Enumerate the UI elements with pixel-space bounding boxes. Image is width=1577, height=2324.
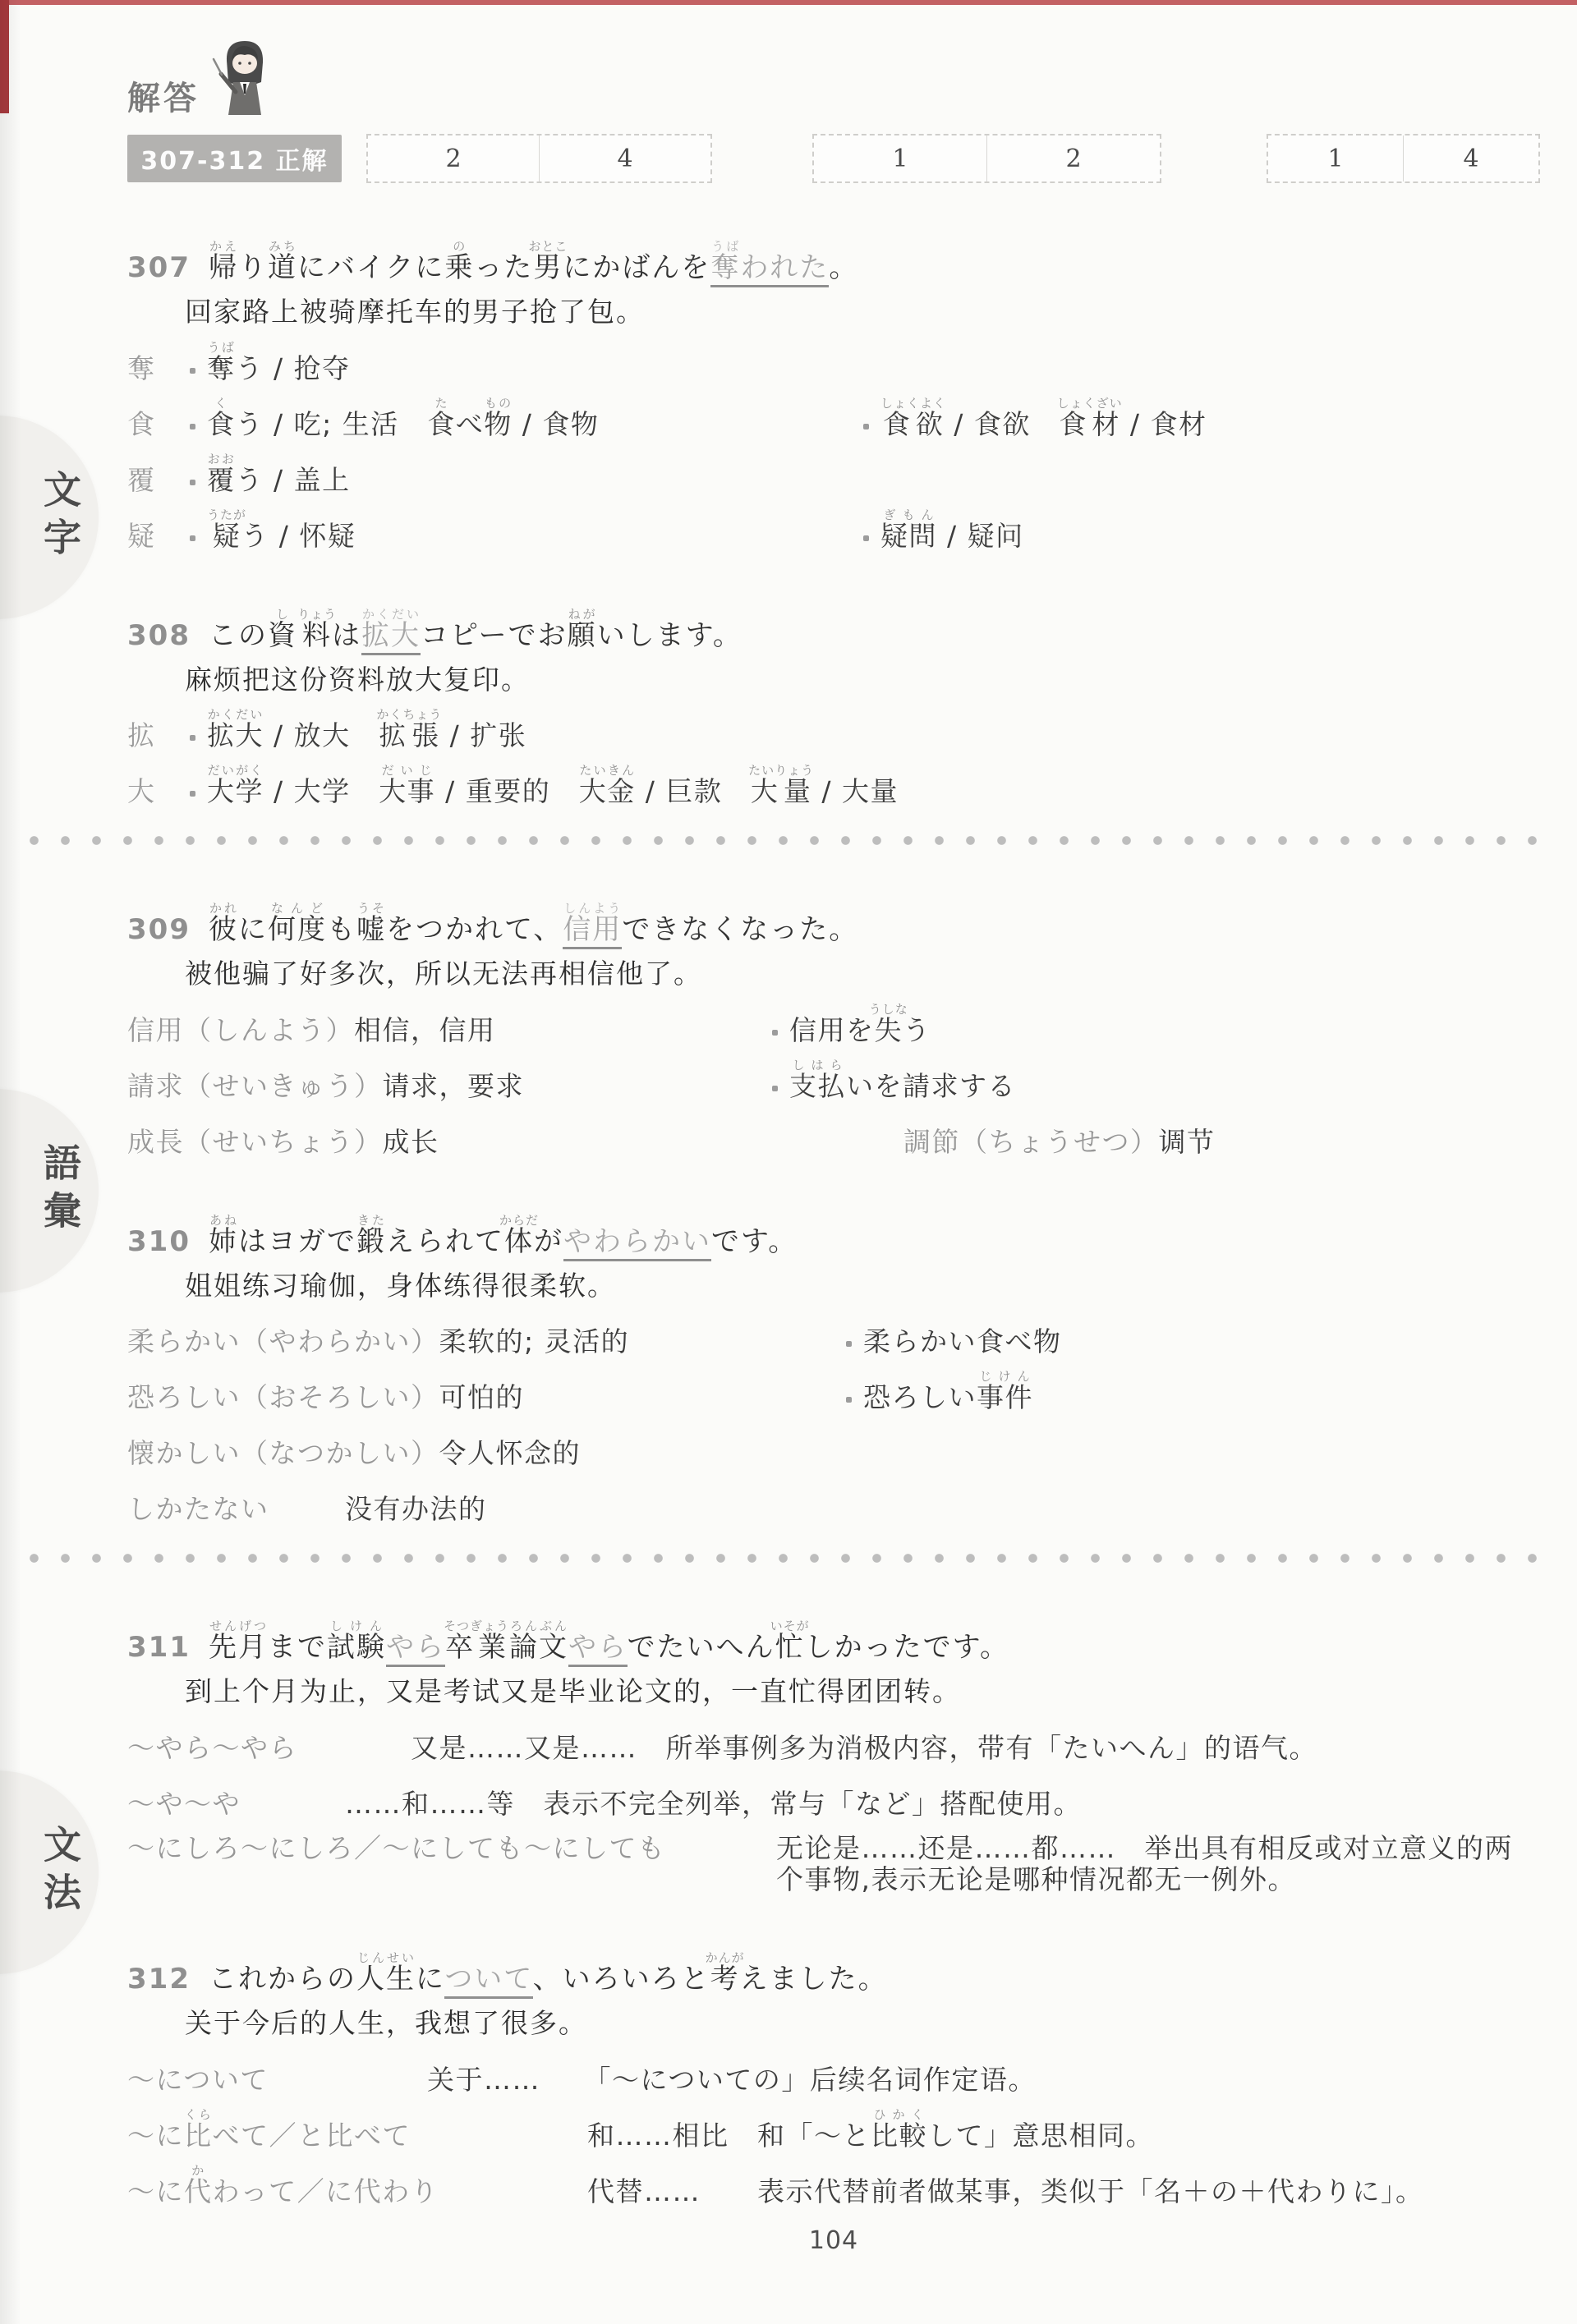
ruby-word: 忙いそが: [775, 1631, 805, 1664]
answer-cell: 2: [986, 135, 1160, 181]
text-run: / 重要的: [435, 775, 579, 807]
text-run: ～やら～やら: [127, 1732, 297, 1764]
ruby-word: 試験しけん: [327, 1631, 386, 1664]
vocab-text: 覆おおう / 盖上: [207, 452, 351, 496]
text-run: わって／に代わり: [213, 2175, 439, 2207]
bullet-dot-icon: [863, 424, 869, 429]
answer-word: われた: [740, 251, 829, 287]
bullet-dot-icon: [190, 535, 195, 541]
question-sentence: 彼かれに何度なんども嘘うそをつかれて、信用しんようできなくなった。: [209, 901, 858, 946]
ruby-word: 乗の: [444, 251, 474, 284]
ruby-word: 物もの: [484, 408, 513, 440]
questions: 307帰かえり道みちにバイクに乗のった男おとこにかばんを奪うばわれた。回家路上被…: [127, 212, 1540, 2207]
text-run: ～や～や: [127, 1788, 241, 1820]
chinese-translation: 回家路上被骑摩托车的男子抢了包。: [185, 296, 1540, 328]
text-run: う / 盖上: [236, 464, 351, 496]
text-run: 又是……又是…… 所举事例多为消极内容，带有「たいへん」的语气。: [411, 1732, 1317, 1764]
text-run: ～に: [127, 2175, 184, 2207]
question-number: 312: [127, 1963, 191, 1996]
vocab-text: 没有办法的: [345, 1494, 487, 1525]
ruby-word: 彼かれ: [209, 913, 238, 946]
vocab-text: 和……相比 和「～と比較ひかくして」意思相同。: [587, 2107, 1154, 2152]
question-sentence-line: 307帰かえり道みちにバイクに乗のった男おとこにかばんを奪うばわれた。: [127, 212, 1540, 284]
vocab-row: ～にしろ～にしろ／～にしても～にしても无论是……还是……都…… 举出具有相反或对…: [127, 1821, 1540, 1895]
vocab-row: 請求（せいきゅう）请求，要求支払しはらいを請求する: [127, 1048, 1540, 1102]
vocab-text: ～やら～やら: [127, 1733, 297, 1764]
vocab-row: 成長（せいちょう）成长調節（ちょうせつ）调节: [127, 1104, 1540, 1158]
vocab-cell: 食欲しょくよく / 食欲 食材しょくざい / 食材: [863, 396, 1207, 440]
dotted-divider: [29, 835, 1548, 846]
vocab-cell: ……和……等 表示不完全列举，常与「など」搭配使用。: [345, 1789, 1082, 1820]
text-run: 令人怀念的: [439, 1437, 582, 1469]
vocab-head-kanji: 拡: [127, 720, 190, 751]
text-run: にバイクに: [297, 251, 444, 284]
vocab-cell: 关于…… 「～についての」后续名词作定语。: [427, 2065, 1037, 2096]
text-run: / 大学: [264, 775, 379, 807]
vocab-row: 覆覆おおう / 盖上: [127, 442, 1540, 496]
bullet-dot-icon: [772, 1086, 778, 1091]
bullet-dot-icon: [190, 480, 195, 485]
vocab-text: しかたない: [127, 1494, 269, 1525]
ruby-word: 何度なんど: [268, 913, 327, 946]
text-run: 可怕的: [439, 1381, 525, 1413]
vocab-text: 懐かしい（なつかしい）令人怀念的: [127, 1438, 581, 1469]
vocab-text: 調節（ちょうせつ）调节: [903, 1127, 1216, 1158]
answer-word: 拡大かくだい: [361, 619, 421, 655]
answer-bar: 307-312 正解 241214: [127, 133, 1540, 184]
ruby-word: 料りょう: [297, 619, 332, 652]
text-run: う / 怀疑: [241, 520, 356, 552]
vocab-cell: 奪うばう / 抢夺: [190, 340, 351, 384]
answer-groups: 241214: [342, 134, 1540, 183]
text-run: 成长: [383, 1126, 439, 1158]
answer-cell: 2: [368, 135, 539, 181]
vocab-text: ～にしろ～にしろ／～にしても～にしても: [127, 1833, 666, 1864]
text-run: コピーでお: [421, 619, 568, 652]
text-run: はヨガで: [238, 1225, 356, 1258]
book-page: 文字語彙文法 解答 307-312 正解 241214: [0, 0, 1577, 2324]
vocab-text: 疑問ぎもん / 疑问: [880, 508, 1024, 552]
text-run: に: [238, 913, 268, 946]
text-run: / 扩张: [440, 719, 527, 751]
text-run: えられて: [386, 1225, 504, 1258]
question-sentence-line: 310姉あねはヨガで鍛きたえられて体からだがやわらかいです。: [127, 1186, 1540, 1258]
vocab-text: 疑うたがう / 怀疑: [207, 508, 356, 552]
vocab-row: 疑疑うたがう / 怀疑疑問ぎもん / 疑问: [127, 498, 1540, 552]
ruby-word: 大金たいきん: [579, 775, 636, 807]
text-run: 請求（せいきゅう）: [127, 1070, 383, 1102]
vocab-cell: 没有办法的: [345, 1494, 487, 1525]
vocab-text: ～や～や: [127, 1789, 241, 1820]
bullet-dot-icon: [846, 1397, 852, 1403]
ruby-word: 大事だいじ: [379, 775, 435, 807]
vocab-cell: 請求（せいきゅう）请求，要求: [127, 1071, 772, 1102]
vocab-text: ～に比くらべて／と比べて: [127, 2107, 411, 2152]
teacher-illustration: [211, 34, 278, 120]
answer-cell: 1: [814, 135, 986, 181]
vocab-row: 大大学だいがく / 大学 大事だいじ / 重要的 大金たいきん / 巨款 大量た…: [127, 753, 1540, 807]
bullet-dot-icon: [846, 1341, 852, 1347]
ruby-word: 姉あね: [209, 1225, 238, 1258]
vocab-cell: 和……相比 和「～と比較ひかくして」意思相同。: [587, 2107, 1154, 2152]
vocab-row: 恐ろしい（おそろしい）可怕的恐ろしい事件じけん: [127, 1359, 1540, 1413]
answer-word: 信用しんよう: [563, 913, 622, 949]
vocab-cell: しかたない: [127, 1494, 345, 1525]
answer-cell: 4: [539, 135, 710, 181]
ruby-word: 論文ろんぶん: [509, 1631, 568, 1664]
bullet-dot-icon: [190, 791, 195, 797]
text-run: べて／と比べて: [213, 2120, 411, 2152]
text-run: ～について: [127, 2064, 269, 2096]
question-number: 308: [127, 620, 191, 652]
vocab-text: 恐ろしい（おそろしい）可怕的: [127, 1382, 524, 1413]
ruby-word: 代か: [184, 2175, 213, 2207]
vocab-head-kanji: 食: [127, 409, 190, 440]
vocab-cell: ～に代かわって／に代わり: [127, 2163, 587, 2207]
bullet-dot-icon: [863, 535, 869, 541]
text-run: 信用（しんよう）: [127, 1014, 354, 1046]
text-run: にかばんを: [563, 251, 710, 284]
chinese-translation: 到上个月为止，又是考试又是毕业论文的，一直忙得团团转。: [185, 1675, 1540, 1708]
text-run: 关于…… 「～についての」后续名词作定语。: [427, 2064, 1037, 2096]
text-run: が: [534, 1225, 563, 1258]
ruby-word: 拡大かくだい: [207, 719, 264, 751]
vocab-row: ～や～や……和……等 表示不完全列举，常与「など」搭配使用。: [127, 1766, 1540, 1820]
vocab-row: 懐かしい（なつかしい）令人怀念的: [127, 1415, 1540, 1469]
vocab-cell: 柔らかい（やわらかい）柔软的; 灵活的: [127, 1326, 846, 1357]
ruby-word: 体からだ: [504, 1225, 534, 1258]
text-run: 柔らかい（やわらかい）: [127, 1325, 439, 1357]
text-run: 代替…… 表示代替前者做某事，类似于「名＋の＋代わりに」。: [587, 2175, 1424, 2207]
answer-group: 12: [812, 134, 1161, 183]
question-sentence: 姉あねはヨガで鍛きたえられて体からだがやわらかいです。: [209, 1213, 798, 1258]
ruby-word: 奪うば: [207, 352, 236, 384]
vocab-row: 食食くう / 吃; 生活 食たべ物もの / 食物食欲しょくよく / 食欲 食材し…: [127, 386, 1540, 440]
ruby-word: 支払しはら: [789, 1070, 846, 1102]
ruby-word: 先月せんげつ: [209, 1631, 268, 1664]
ruby-word: 比くら: [184, 2120, 213, 2152]
ruby-word: 食く: [207, 408, 236, 440]
text-run: えました。: [740, 1963, 888, 1996]
text-run: です。: [711, 1225, 798, 1258]
vocab-text: 請求（せいきゅう）请求，要求: [127, 1071, 524, 1102]
vocab-row: 奪奪うばう / 抢夺: [127, 330, 1540, 384]
vocab-row: 信用（しんよう）相信，信用信用を失うしなう: [127, 992, 1540, 1046]
text-run: しかったです。: [805, 1631, 1009, 1664]
answer-key-label: 307-312 正解: [127, 135, 342, 182]
question-309: 309彼かれに何度なんども嘘うそをつかれて、信用しんようできなくなった。被他骗了…: [127, 874, 1540, 1158]
question-sentence: 帰かえり道みちにバイクに乗のった男おとこにかばんを奪うばわれた。: [209, 239, 858, 284]
text-run: ～にしろ～にしろ／～にしても～にしても: [127, 1832, 666, 1864]
text-run: 请求，要求: [383, 1070, 525, 1102]
question-sentence-line: 311先月せんげつまで試験しけんやら卒業そつぎょう論文ろんぶんやらでたいへん忙い…: [127, 1591, 1540, 1664]
page-number: 104: [127, 2226, 1540, 2255]
question-number: 311: [127, 1632, 191, 1664]
ruby-word: 帰かえ: [209, 251, 238, 284]
text-run: 没有办法的: [345, 1493, 487, 1525]
text-run: / 放大: [264, 719, 379, 751]
vocab-row: しかたない没有办法的: [127, 1471, 1540, 1525]
vocab-text: 代替…… 表示代替前者做某事，类似于「名＋の＋代わりに」。: [587, 2176, 1424, 2207]
answer-cell: 4: [1403, 135, 1538, 181]
vocab-text: 又是……又是…… 所举事例多为消极内容，带有「たいへん」的语气。: [411, 1733, 1317, 1764]
vocab-text: 大学だいがく / 大学 大事だいじ / 重要的 大金たいきん / 巨款 大量たい…: [207, 763, 899, 807]
ruby-word: 男おとこ: [533, 251, 563, 284]
question-312: 312これからの人生じんせいについて、いろいろと考かんがえました。关于今后的人生…: [127, 1923, 1540, 2207]
vocab-text: 成長（せいちょう）成长: [127, 1127, 439, 1158]
text-run: しかたない: [127, 1493, 269, 1525]
text-run: う: [903, 1014, 931, 1046]
text-run: 和……相比 和「～と: [587, 2120, 871, 2152]
vocab-cell: 代替…… 表示代替前者做某事，类似于「名＋の＋代わりに」。: [587, 2176, 1424, 2207]
text-run: / 食欲: [944, 408, 1059, 440]
ruby-word: 鍛きた: [356, 1225, 386, 1258]
text-run: 成長（せいちょう）: [127, 1126, 383, 1158]
vocab-cell: 疑問ぎもん / 疑问: [863, 508, 1024, 552]
ruby-word: 比較ひかく: [871, 2120, 927, 2152]
text-run: いを請求する: [846, 1070, 1016, 1102]
ruby-word: 考かんが: [710, 1963, 740, 1996]
vocab-text: 奪うばう / 抢夺: [207, 340, 351, 384]
text-run: は: [332, 619, 361, 652]
vocab-text: ～について: [127, 2065, 269, 2096]
vocab-text: 柔らかい（やわらかい）柔软的; 灵活的: [127, 1326, 629, 1357]
vocab-cell: 食くう / 吃; 生活 食たべ物もの / 食物: [190, 396, 863, 440]
question-311: 311先月せんげつまで試験しけんやら卒業そつぎょう論文ろんぶんやらでたいへん忙い…: [127, 1591, 1540, 1895]
question-307: 307帰かえり道みちにバイクに乗のった男おとこにかばんを奪うばわれた。回家路上被…: [127, 212, 1540, 552]
ruby-word: 願ねが: [568, 619, 597, 652]
text-run: 恐ろしい: [863, 1381, 977, 1413]
vocab-cell: 信用（しんよう）相信，信用: [127, 1015, 772, 1046]
question-308: 308この資し料りょうは拡大かくだいコピーでお願ねがいします。麻烦把这份资料放大…: [127, 580, 1540, 808]
vocab-text: 关于…… 「～についての」后续名词作定语。: [427, 2065, 1037, 2096]
vocab-cell: 調節（ちょうせつ）调节: [903, 1127, 1216, 1158]
dotted-divider: [29, 1553, 1548, 1564]
vocab-text: 信用（しんよう）相信，信用: [127, 1015, 496, 1046]
vocab-row: ～について关于…… 「～についての」后续名词作定语。: [127, 2041, 1540, 2095]
question-number: 307: [127, 252, 191, 284]
answer-word: やら: [568, 1631, 628, 1667]
text-run: をつかれて、: [386, 913, 563, 946]
vocab-cell: ～にしろ～にしろ／～にしても～にしても: [127, 1833, 776, 1864]
ruby-word: 資し: [268, 619, 297, 652]
text-run: 。: [829, 251, 858, 284]
vocab-cell: 覆おおう / 盖上: [190, 452, 351, 496]
vocab-text: 支払しはらいを請求する: [789, 1058, 1016, 1102]
text-run: に: [416, 1963, 444, 1996]
bullet-dot-icon: [190, 368, 195, 374]
answer-cell: 1: [1268, 135, 1403, 181]
text-run: 柔软的; 灵活的: [439, 1325, 630, 1357]
ruby-word: 覆おお: [207, 464, 236, 496]
text-run: 、いろいろと: [533, 1963, 710, 1996]
ruby-word: 事件じけん: [977, 1381, 1033, 1413]
question-sentence: これからの人生じんせいについて、いろいろと考かんがえました。: [209, 1950, 888, 1996]
vocab-cell: ～に比くらべて／と比べて: [127, 2107, 587, 2152]
ruby-word: 卒業そつぎょう: [445, 1631, 509, 1664]
bullet-dot-icon: [190, 735, 195, 741]
text-run: 調節（ちょうせつ）: [903, 1126, 1159, 1158]
vocab-cell: ～について: [127, 2065, 427, 2096]
text-run: も: [327, 913, 356, 946]
question-sentence-line: 312これからの人生じんせいについて、いろいろと考かんがえました。: [127, 1923, 1540, 1996]
vocab-text: 食欲しょくよく / 食欲 食材しょくざい / 食材: [880, 396, 1207, 440]
chinese-translation: 麻烦把这份资料放大复印。: [185, 664, 1540, 696]
vocab-cell: 成長（せいちょう）成长: [127, 1127, 903, 1158]
text-run: り: [238, 251, 268, 284]
header: 解答: [127, 30, 1540, 115]
vocab-cell: 恐ろしい事件じけん: [846, 1369, 1033, 1413]
vocab-text: 食くう / 吃; 生活 食たべ物もの / 食物: [207, 396, 599, 440]
text-run: う / 吃; 生活: [236, 408, 428, 440]
vocab-text: ……和……等 表示不完全列举，常与「など」搭配使用。: [345, 1789, 1082, 1820]
vocab-row: 柔らかい（やわらかい）柔软的; 灵活的柔らかい食べ物: [127, 1303, 1540, 1357]
text-run: う / 抢夺: [236, 352, 351, 384]
text-run: 柔らかい食べ物: [863, 1325, 1062, 1357]
ruby-word: 疑問ぎもん: [880, 520, 937, 552]
vocab-head-kanji: 覆: [127, 465, 190, 496]
vocab-cell: 支払しはらいを請求する: [772, 1058, 1016, 1102]
vocab-row: ～やら～やら又是……又是…… 所举事例多为消极内容，带有「たいへん」的语气。: [127, 1710, 1540, 1764]
answer-group: 24: [366, 134, 712, 183]
answer-group: 14: [1267, 134, 1540, 183]
vocab-cell: ～や～や: [127, 1789, 345, 1820]
text-run: / 食物: [513, 408, 600, 440]
question-number: 309: [127, 914, 191, 946]
text-run: 恐ろしい（おそろしい）: [127, 1381, 439, 1413]
text-run: ～に: [127, 2120, 184, 2152]
vocab-cell: 无论是……还是……都…… 举出具有相反或对立意义的两个事物,表示无论是哪种情况都…: [776, 1833, 1540, 1895]
chinese-translation: 关于今后的人生，我想了很多。: [185, 2007, 1540, 2040]
chinese-translation: 姐姐练习瑜伽，身体练得很柔软。: [185, 1270, 1540, 1302]
answer-word: ついて: [444, 1963, 532, 1999]
vocab-head-kanji: 大: [127, 776, 190, 807]
ruby-word: 嘘うそ: [356, 913, 386, 946]
text-run: / 巨款: [636, 775, 751, 807]
question-sentence: 先月せんげつまで試験しけんやら卒業そつぎょう論文ろんぶんやらでたいへん忙いそがし…: [209, 1619, 1009, 1664]
text-run: / 食材: [1120, 408, 1207, 440]
text-run: 调节: [1159, 1126, 1216, 1158]
text-run: / 疑问: [937, 520, 1024, 552]
ruby-word: 大量たいりょう: [751, 775, 812, 807]
question-sentence-line: 309彼かれに何度なんども嘘うそをつかれて、信用しんようできなくなった。: [127, 874, 1540, 946]
vocab-cell: ～やら～やら: [127, 1733, 411, 1764]
text-run: いします。: [597, 619, 743, 652]
ruby-word: 拡張かくちょう: [379, 719, 440, 751]
answer-word: やわらかい: [563, 1225, 711, 1261]
vocab-cell: 拡大かくだい / 放大 拡張かくちょう / 扩张: [190, 707, 526, 751]
vocab-text: 柔らかい食べ物: [863, 1326, 1062, 1357]
vocab-cell: 懐かしい（なつかしい）令人怀念的: [127, 1438, 581, 1469]
text-run: これからの: [209, 1963, 356, 1996]
vocab-row: 拡拡大かくだい / 放大 拡張かくちょう / 扩张: [127, 697, 1540, 751]
text-run: できなくなった。: [622, 913, 858, 946]
answer-word: 奪うば: [710, 251, 740, 287]
question-sentence: この資し料りょうは拡大かくだいコピーでお願ねがいします。: [209, 607, 743, 652]
text-run: この: [209, 619, 268, 652]
text-run: ……和……等 表示不完全列举，常与「など」搭配使用。: [345, 1788, 1082, 1820]
vocab-head-kanji: 奪: [127, 353, 190, 384]
ruby-word: 道みち: [268, 251, 297, 284]
vocab-cell: 恐ろしい（おそろしい）可怕的: [127, 1382, 846, 1413]
bullet-dot-icon: [772, 1030, 778, 1036]
ruby-word: 食材しょくざい: [1059, 408, 1120, 440]
vocab-text: 无论是……还是……都…… 举出具有相反或对立意义的两个事物,表示无论是哪种情况都…: [776, 1832, 1513, 1895]
page-title: 解答: [127, 82, 200, 115]
vocab-cell: 大学だいがく / 大学 大事だいじ / 重要的 大金たいきん / 巨款 大量たい…: [190, 763, 899, 807]
question-310: 310姉あねはヨガで鍛きたえられて体からだがやわらかいです。姐姐练习瑜伽，身体练…: [127, 1186, 1540, 1526]
text-run: でたいへん: [628, 1631, 775, 1664]
ruby-word: 食欲しょくよく: [880, 408, 944, 440]
ruby-word: 人生じんせい: [356, 1963, 416, 1996]
vocab-head-kanji: 疑: [127, 521, 190, 552]
ruby-word: 疑うたが: [207, 520, 241, 552]
vocab-cell: 又是……又是…… 所举事例多为消极内容，带有「たいへん」的语气。: [411, 1733, 1317, 1764]
ruby-word: 食た: [427, 408, 456, 440]
text-run: 懐かしい（なつかしい）: [127, 1437, 439, 1469]
vocab-text: 信用を失うしなう: [789, 1002, 931, 1046]
text-run: った: [474, 251, 533, 284]
vocab-text: ～に代かわって／に代わり: [127, 2163, 439, 2207]
text-run: まで: [268, 1631, 327, 1664]
vocab-cell: 柔らかい食べ物: [846, 1326, 1062, 1357]
vocab-text: 恐ろしい事件じけん: [863, 1369, 1033, 1413]
vocab-cell: 疑うたがう / 怀疑: [190, 508, 863, 552]
vocab-cell: 信用を失うしなう: [772, 1002, 931, 1046]
text-run: / 大量: [811, 775, 899, 807]
ruby-word: 失うしな: [875, 1014, 903, 1046]
question-sentence-line: 308この資し料りょうは拡大かくだいコピーでお願ねがいします。: [127, 580, 1540, 652]
ruby-word: 大学だいがく: [207, 775, 264, 807]
question-number: 310: [127, 1226, 191, 1258]
text-run: して」意思相同。: [927, 2120, 1154, 2152]
text-run: 无论是……还是……都…… 举出具有相反或对立意义的两个事物,表示无论是哪种情况都…: [776, 1832, 1513, 1895]
text-run: 相信，信用: [354, 1014, 496, 1046]
vocab-text: 拡大かくだい / 放大 拡張かくちょう / 扩张: [207, 707, 526, 751]
text-run: 信用を: [789, 1014, 875, 1046]
answer-word: やら: [386, 1631, 445, 1667]
bullet-dot-icon: [190, 424, 195, 429]
vocab-row: ～に代かわって／に代わり代替…… 表示代替前者做某事，类似于「名＋の＋代わりに」…: [127, 2152, 1540, 2207]
vocab-row: ～に比くらべて／と比べて和……相比 和「～と比較ひかくして」意思相同。: [127, 2097, 1540, 2151]
text-run: べ: [456, 408, 485, 440]
chinese-translation: 被他骗了好多次，所以无法再相信他了。: [185, 958, 1540, 990]
